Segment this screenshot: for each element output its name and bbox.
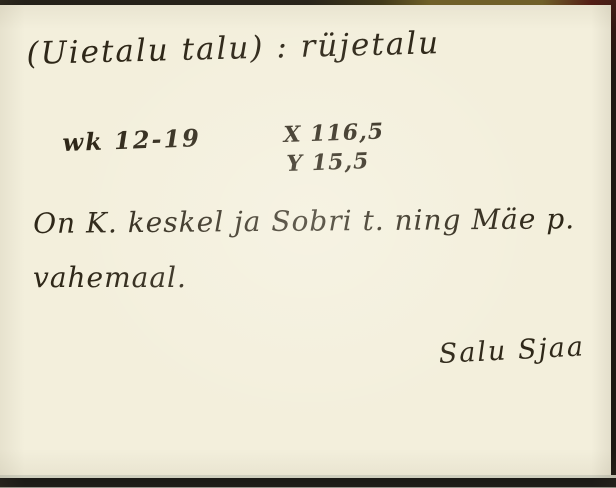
scan-vignette-overlay bbox=[0, 0, 616, 488]
description-line-2: vahemaal. bbox=[33, 261, 187, 294]
card-title-place-name: (Uietalu talu) : rüjetalu bbox=[26, 25, 441, 72]
scan-edge-right bbox=[611, 0, 616, 488]
collector-signature: Salu Sjaa bbox=[438, 331, 586, 370]
scan-edge-top bbox=[0, 0, 616, 5]
coordinate-y-value: Y 15,5 bbox=[286, 148, 370, 177]
scanned-index-card: (Uietalu talu) : rüjetalu wk 12-19 X 116… bbox=[0, 0, 616, 488]
coordinate-x-value: X 116,5 bbox=[283, 118, 384, 147]
map-sheet-reference: wk 12-19 bbox=[62, 123, 201, 157]
scan-edge-bottom-black-strip bbox=[0, 478, 616, 487]
description-line-1: On K. keskel ja Sobri t. ning Mäe p. bbox=[33, 202, 575, 240]
